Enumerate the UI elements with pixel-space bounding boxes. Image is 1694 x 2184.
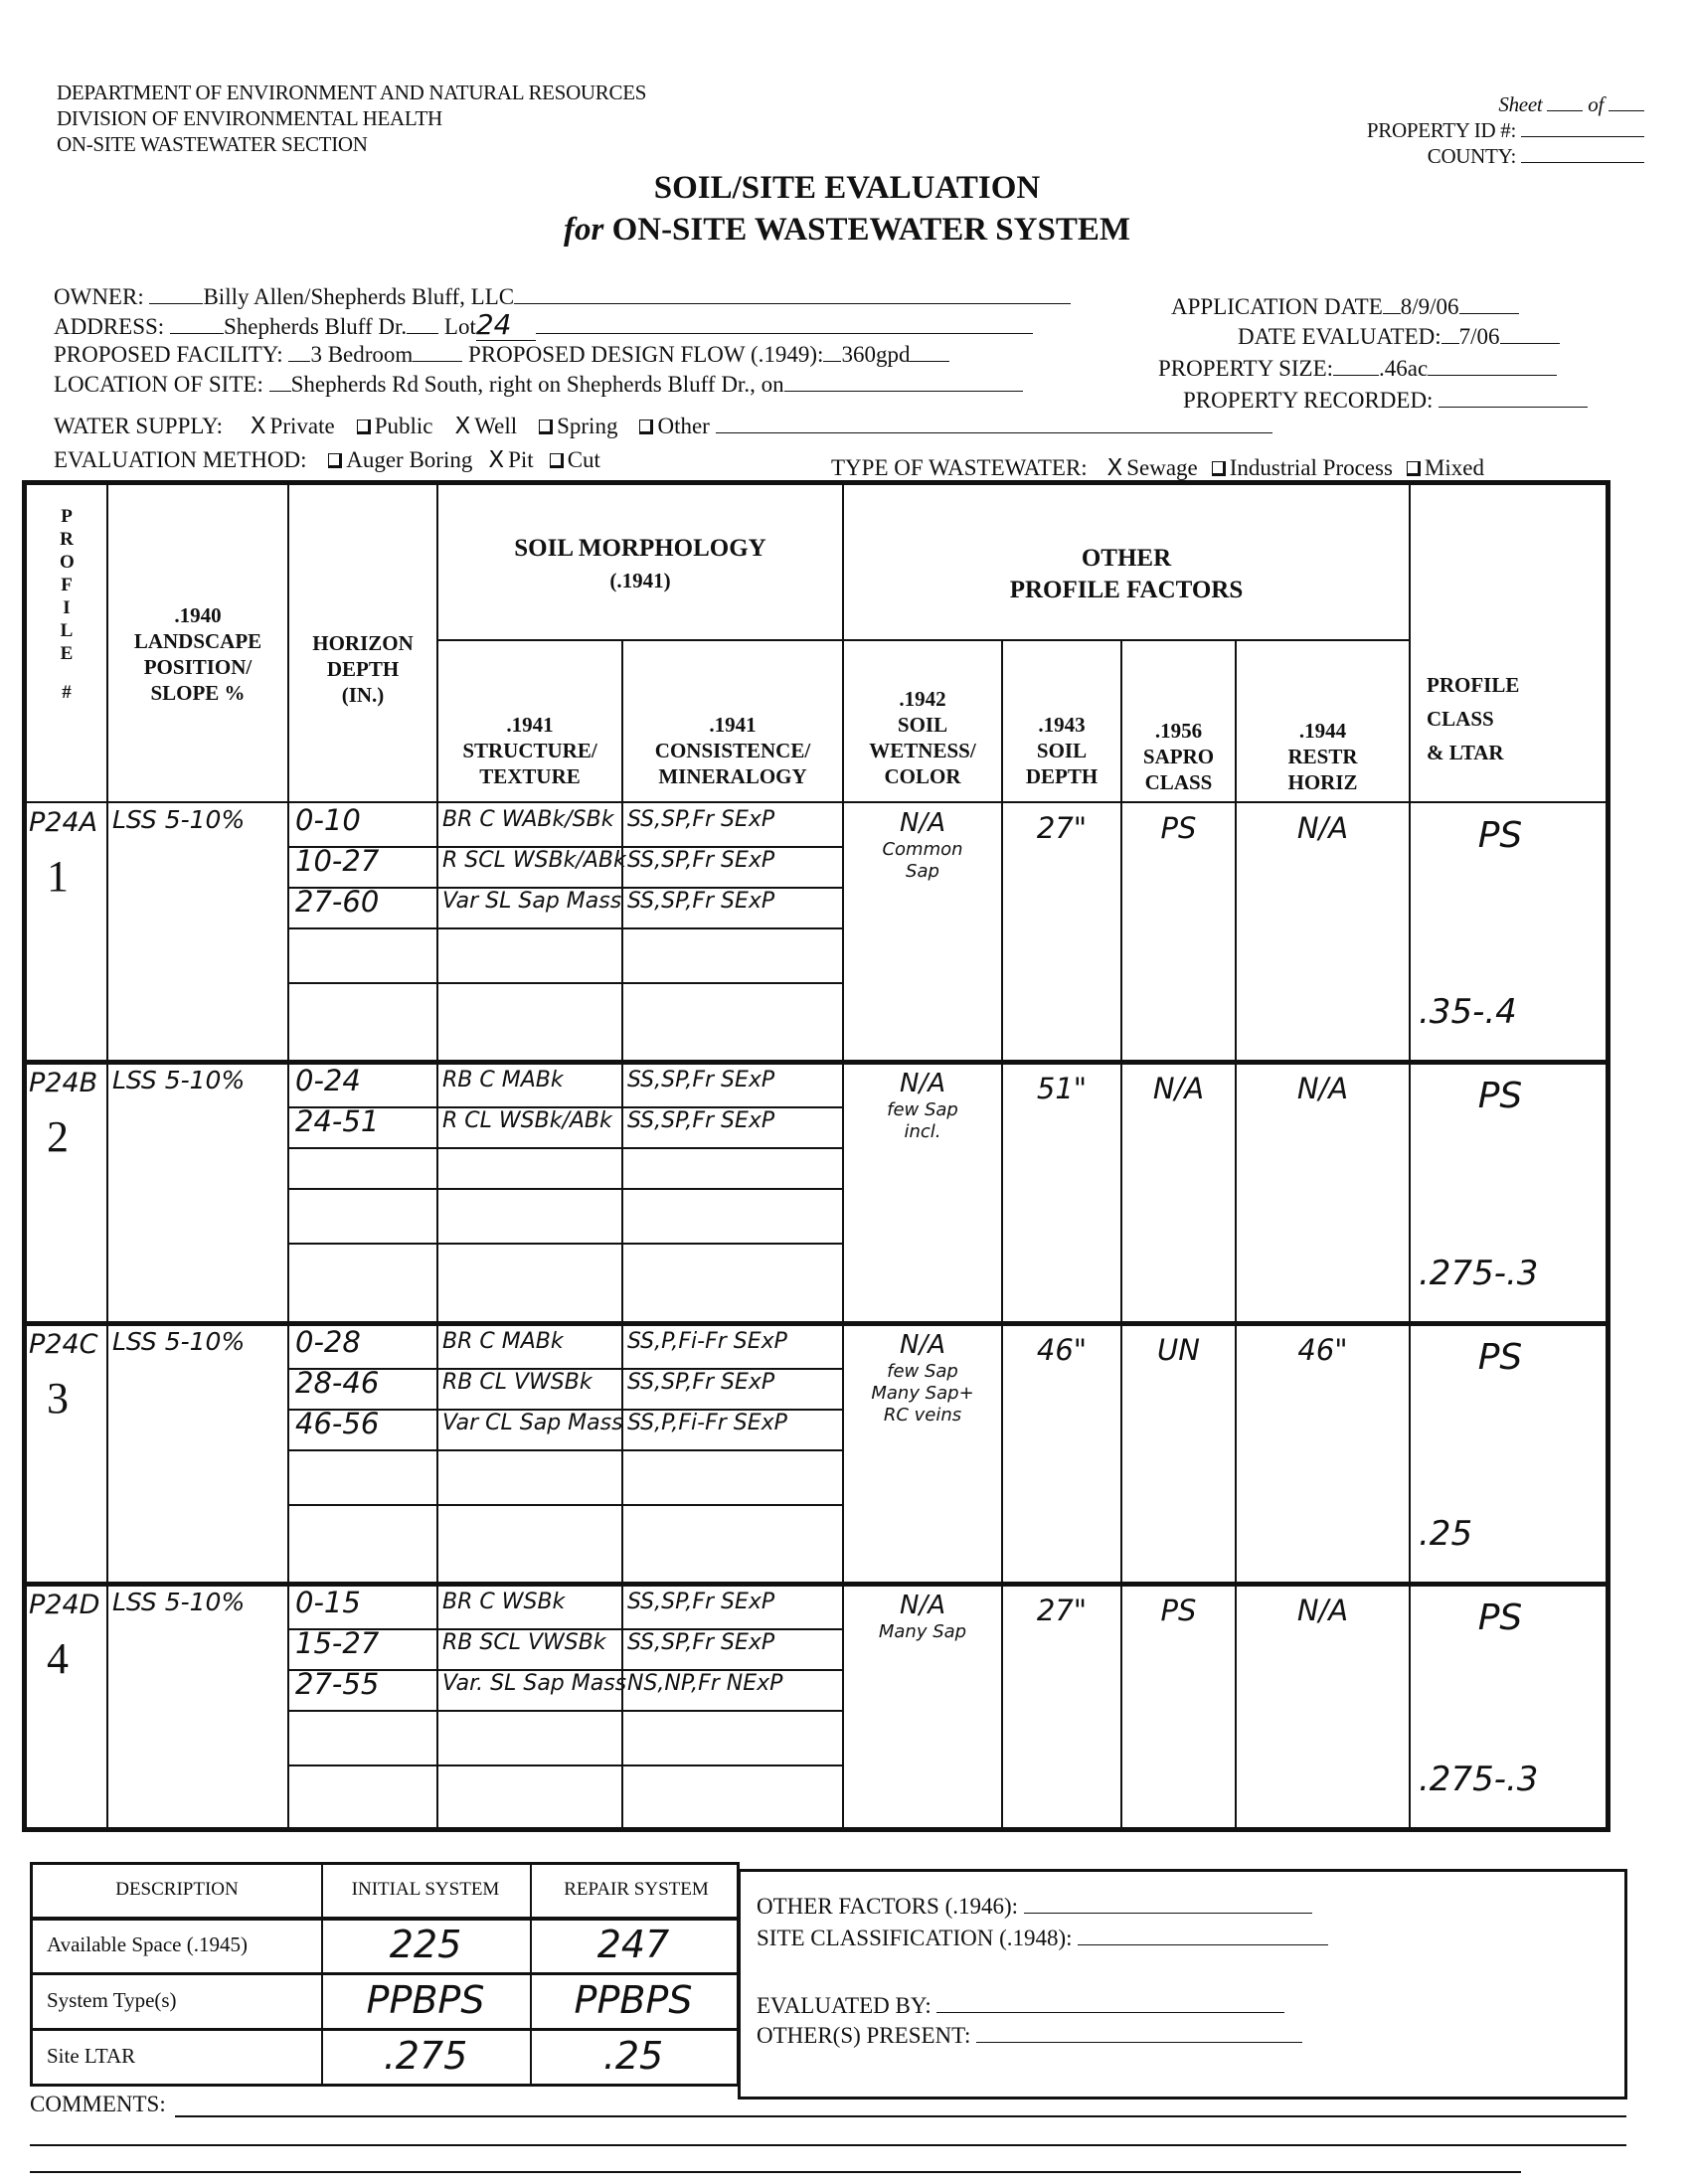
structure-texture: RB SCL VWSBk <box>442 1630 606 1655</box>
consistence-mineralogy: SS,SP,Fr SExP <box>627 1590 774 1614</box>
address-label: ADDRESS: <box>54 314 164 339</box>
summary-header: INITIAL SYSTEM <box>321 1879 530 1901</box>
profile-block: P24A1LSS 5-10%0-10BR C WABk/SBkSS,SP,Fr … <box>27 801 1606 1062</box>
checkbox-icon <box>550 453 564 468</box>
soil-wetness-color: N/Afew Sapincl. <box>844 1068 1001 1143</box>
evaluated-by-field[interactable] <box>936 2012 1284 2013</box>
summary-repair-value: .25 <box>530 2034 737 2078</box>
consistence-mineralogy: SS,SP,Fr SExP <box>627 848 774 873</box>
profile-tag: P24C <box>29 1329 98 1360</box>
header-profile: P R O F I L E # <box>37 505 96 704</box>
horizon-depth: 28-46 <box>295 1366 379 1400</box>
design-flow-label: PROPOSED DESIGN FLOW (.1949): <box>468 342 823 367</box>
soil-depth: 27" <box>1003 1594 1120 1627</box>
title-line-1: SOIL/SITE EVALUATION <box>0 167 1694 209</box>
header-wetness: .1942SOILWETNESS/COLOR <box>844 686 1001 789</box>
header-other-factors: OTHERPROFILE FACTORS <box>844 543 1409 606</box>
soil-depth: 46" <box>1003 1333 1120 1367</box>
property-recorded-label: PROPERTY RECORDED: <box>1183 388 1433 413</box>
option-label: Private <box>270 414 335 438</box>
horizon-depth: 27-55 <box>295 1667 379 1701</box>
structure-texture: R CL WSBk/ABk <box>442 1108 612 1133</box>
profile-ltar: .275-.3 <box>1419 1254 1538 1293</box>
summary-header: DESCRIPTION <box>33 1879 321 1901</box>
site-classification-field[interactable] <box>1078 1944 1328 1945</box>
wastewater-label: TYPE OF WASTEWATER: <box>831 455 1088 480</box>
property-id-label: PROPERTY ID #: <box>1367 118 1516 142</box>
checkbox-icon <box>328 453 342 468</box>
option-label: Auger Boring <box>346 447 472 472</box>
summary-initial-value: 225 <box>321 1923 530 1966</box>
county-label: COUNTY: <box>1428 144 1516 168</box>
agency-block: DEPARTMENT OF ENVIRONMENT AND NATURAL RE… <box>57 80 646 157</box>
landscape-position: LSS 5-10% <box>112 1066 245 1094</box>
owner-row: OWNER: Billy Allen/Shepherds Bluff, LLC <box>54 282 1071 312</box>
comments-label: COMMENTS: <box>30 2092 166 2116</box>
wetness-line: incl. <box>844 1121 1001 1143</box>
agency-line-1: DEPARTMENT OF ENVIRONMENT AND NATURAL RE… <box>57 80 646 105</box>
other-factors-box: OTHER FACTORS (.1946): SITE CLASSIFICATI… <box>738 1869 1627 2100</box>
header-profile-text: P R O F I L E <box>60 505 74 665</box>
profile-number: 1 <box>47 851 69 902</box>
checkbox-icon <box>357 420 371 434</box>
sheet-label: Sheet <box>1498 92 1542 116</box>
structure-texture: R SCL WSBk/ABk <box>442 848 626 873</box>
agency-line-2: DIVISION OF ENVIRONMENTAL HEALTH <box>57 105 646 131</box>
structure-texture: Var SL Sap Mass <box>442 889 621 914</box>
site-classification-label: SITE CLASSIFICATION (.1948): <box>757 1926 1073 1950</box>
x-check-icon: X <box>454 414 470 439</box>
application-date-label: APPLICATION DATE <box>1171 294 1383 319</box>
comments-line-2[interactable] <box>30 2144 1626 2146</box>
property-size-row: PROPERTY SIZE:.46ac <box>1158 354 1557 384</box>
horizon-depth: 0-28 <box>295 1325 361 1359</box>
header-restr: .1944RESTRHORIZ <box>1237 718 1409 795</box>
summary-initial-value: PPBPS <box>321 1978 530 2022</box>
others-present-label: OTHER(S) PRESENT: <box>757 2023 970 2048</box>
agency-line-3: ON-SITE WASTEWATER SECTION <box>57 131 646 157</box>
wetness-line: Common <box>844 839 1001 861</box>
summary-header: REPAIR SYSTEM <box>530 1879 743 1901</box>
structure-texture: Var CL Sap Mass <box>442 1411 623 1435</box>
consistence-mineralogy: SS,SP,Fr SExP <box>627 1068 774 1092</box>
option-label: Well <box>474 414 517 438</box>
consistence-mineralogy: SS,SP,Fr SExP <box>627 1370 774 1395</box>
structure-texture: RB C MABk <box>442 1068 564 1092</box>
wetness-line: N/A <box>844 1329 1001 1361</box>
horizon-depth: 15-27 <box>295 1626 379 1660</box>
soil-depth: 51" <box>1003 1072 1120 1105</box>
landscape-position: LSS 5-10% <box>112 1327 245 1356</box>
date-evaluated-value[interactable]: 7/06 <box>1459 324 1500 349</box>
application-date-value[interactable]: 8/9/06 <box>1401 294 1459 319</box>
address-row: ADDRESS: Shepherds Bluff Dr. Lot24 <box>54 310 1033 342</box>
wastewater-row: TYPE OF WASTEWATER: XSewageIndustrial Pr… <box>831 453 1484 483</box>
soil-wetness-color: N/ACommonSap <box>844 807 1001 883</box>
option-label: Public <box>375 414 433 438</box>
soil-profile-table: P R O F I L E # .1940LANDSCAPEPOSITION/S… <box>22 480 1610 1832</box>
wetness-line: Many Sap+ <box>844 1383 1001 1405</box>
consistence-mineralogy: SS,P,Fi-Fr SExP <box>627 1411 787 1435</box>
landscape-position: LSS 5-10% <box>112 1588 245 1616</box>
summary-row-label: Available Space (.1945) <box>47 1932 248 1957</box>
header-sapro: .1956SAPROCLASS <box>1122 718 1235 795</box>
location-row: LOCATION OF SITE: Shepherds Rd South, ri… <box>54 370 1023 400</box>
x-check-icon: X <box>488 447 504 473</box>
lot-value[interactable]: 24 <box>476 310 536 341</box>
of-label: of <box>1588 92 1604 116</box>
horizon-depth: 0-24 <box>295 1064 361 1097</box>
header-structure: .1941STRUCTURE/TEXTURE <box>438 712 621 789</box>
option-label: Industrial Process <box>1230 455 1393 480</box>
property-size-label: PROPERTY SIZE: <box>1158 356 1333 381</box>
structure-texture: BR C MABk <box>442 1329 564 1354</box>
wetness-line: few Sap <box>844 1361 1001 1383</box>
sapro-class: N/A <box>1122 1072 1235 1105</box>
option-label: Mixed <box>1425 455 1484 480</box>
profile-number: 4 <box>47 1633 69 1684</box>
wetness-line: Sap <box>844 861 1001 883</box>
x-check-icon: X <box>1106 455 1122 481</box>
others-present-field[interactable] <box>976 2042 1302 2043</box>
evaluation-method-options-option[interactable]: Cut <box>550 447 600 472</box>
option-label: Spring <box>557 414 617 438</box>
evaluation-method-options-option[interactable]: Auger Boring <box>328 447 472 472</box>
soil-wetness-color: N/AMany Sap <box>844 1590 1001 1643</box>
consistence-mineralogy: SS,SP,Fr SExP <box>627 1630 774 1655</box>
comments-row: COMMENTS: <box>30 2090 166 2119</box>
location-label: LOCATION OF SITE: <box>54 372 263 397</box>
water-supply-label: WATER SUPPLY: <box>54 414 223 438</box>
option-label: Pit <box>508 447 534 472</box>
water-supply-options-option[interactable]: XPrivate <box>251 414 335 438</box>
water-supply-options-option[interactable]: Other <box>639 414 709 438</box>
address-value[interactable]: Shepherds Bluff Dr. <box>224 314 407 339</box>
evaluation-method-options-option[interactable]: XPit <box>488 447 533 472</box>
structure-texture: RB CL VWSBk <box>442 1370 593 1395</box>
profile-block: P24C3LSS 5-10%0-28BR C MABkSS,P,Fi-Fr SE… <box>27 1323 1606 1584</box>
other-factors-label: OTHER FACTORS (.1946): <box>757 1894 1018 1919</box>
option-label: Sewage <box>1126 455 1198 480</box>
title-for: for <box>564 212 603 248</box>
profile-ltar: .25 <box>1419 1514 1472 1554</box>
structure-texture: BR C WABk/SBk <box>442 807 613 832</box>
restrictive-horizon: N/A <box>1237 1072 1409 1105</box>
restrictive-horizon: 46" <box>1237 1333 1409 1367</box>
horizon-depth: 24-51 <box>295 1104 379 1138</box>
sapro-class: UN <box>1122 1333 1235 1367</box>
property-size-value[interactable]: .46ac <box>1379 356 1428 381</box>
evaluated-by-label: EVALUATED BY: <box>757 1993 932 2018</box>
date-evaluated-row: DATE EVALUATED:7/06 <box>1238 322 1560 352</box>
evaluation-method-row: EVALUATION METHOD: Auger BoringXPitCut <box>54 445 600 475</box>
date-evaluated-label: DATE EVALUATED: <box>1238 324 1441 349</box>
property-recorded-field[interactable] <box>1439 407 1588 408</box>
evaluation-method-label: EVALUATION METHOD: <box>54 447 306 472</box>
option-label: Other <box>657 414 709 438</box>
restrictive-horizon: N/A <box>1237 811 1409 845</box>
header-soil-depth: .1943SOILDEPTH <box>1003 712 1120 789</box>
consistence-mineralogy: SS,SP,Fr SExP <box>627 1108 774 1133</box>
summary-initial-value: .275 <box>321 2034 530 2078</box>
profile-ltar: .35-.4 <box>1419 992 1517 1032</box>
comments-line-3[interactable] <box>30 2171 1521 2173</box>
landscape-position: LSS 5-10% <box>112 805 245 834</box>
header-horizon-depth: HORIZONDEPTH(IN.) <box>289 630 436 708</box>
property-id-field[interactable] <box>1521 136 1644 137</box>
title-line-2: ON-SITE WASTEWATER SYSTEM <box>612 212 1130 248</box>
consistence-mineralogy: SS,SP,Fr SExP <box>627 889 774 914</box>
checkbox-icon <box>1212 461 1226 476</box>
consistence-mineralogy: SS,P,Fi-Fr SExP <box>627 1329 787 1354</box>
profile-ltar: .275-.3 <box>1419 1760 1538 1799</box>
owner-value[interactable]: Billy Allen/Shepherds Bluff, LLC <box>203 284 514 309</box>
wetness-line: few Sap <box>844 1099 1001 1121</box>
sheet-block: Sheet of PROPERTY ID #: COUNTY: <box>1367 91 1644 169</box>
option-label: Cut <box>568 447 600 472</box>
sapro-class: PS <box>1122 811 1235 845</box>
horizon-depth: 0-15 <box>295 1586 361 1619</box>
owner-label: OWNER: <box>54 284 144 309</box>
profile-class: PS <box>1411 1337 1590 1378</box>
page-title: SOIL/SITE EVALUATION for ON-SITE WASTEWA… <box>0 167 1694 251</box>
profile-number: 3 <box>47 1373 69 1424</box>
lot-label: Lot <box>444 314 476 339</box>
sheet-count-field[interactable] <box>1609 110 1644 111</box>
checkbox-icon <box>1407 461 1421 476</box>
structure-texture: Var. SL Sap Mass <box>442 1671 626 1696</box>
application-date-row: APPLICATION DATE8/9/06 <box>1171 292 1519 322</box>
profile-tag: P24D <box>29 1590 99 1620</box>
facility-row: PROPOSED FACILITY: 3 Bedroom PROPOSED DE… <box>54 340 949 370</box>
restrictive-horizon: N/A <box>1237 1594 1409 1627</box>
wetness-line: N/A <box>844 1068 1001 1099</box>
comments-line-1[interactable] <box>175 2115 1626 2117</box>
wetness-line: N/A <box>844 1590 1001 1621</box>
structure-texture: BR C WSBk <box>442 1590 565 1614</box>
soil-wetness-color: N/Afew SapMany Sap+RC veins <box>844 1329 1001 1427</box>
horizon-depth: 27-60 <box>295 885 379 919</box>
header-landscape: .1940LANDSCAPEPOSITION/SLOPE % <box>108 602 287 706</box>
soil-depth: 27" <box>1003 811 1120 845</box>
water-supply-row: WATER SUPPLY: XPrivatePublicXWellSpringO… <box>54 412 1272 441</box>
water-supply-options-option[interactable]: XWell <box>454 414 517 438</box>
header-profile-hash: # <box>37 681 96 704</box>
wetness-line: Many Sap <box>844 1621 1001 1643</box>
water-supply-options-option[interactable]: Spring <box>539 414 617 438</box>
wastewater-options-option[interactable]: XSewage <box>1106 455 1197 480</box>
water-supply-options-option[interactable]: Public <box>357 414 433 438</box>
header-consistence: .1941CONSISTENCE/MINERALOGY <box>623 712 842 789</box>
county-field[interactable] <box>1521 162 1644 163</box>
header-soil-morphology: SOIL MORPHOLOGY(.1941) <box>438 533 842 596</box>
checkbox-icon <box>539 420 553 434</box>
profile-block: P24B2LSS 5-10%0-24RB C MABkSS,SP,Fr SExP… <box>27 1062 1606 1323</box>
summary-row-label: System Type(s) <box>47 1988 177 2013</box>
x-check-icon: X <box>251 414 266 439</box>
summary-repair-value: 247 <box>530 1923 737 1966</box>
horizon-depth: 0-10 <box>295 803 361 837</box>
checkbox-icon <box>639 420 653 434</box>
wetness-line: N/A <box>844 807 1001 839</box>
profile-block: P24D4LSS 5-10%0-15BR C WSBkSS,SP,Fr SExP… <box>27 1584 1606 1829</box>
profile-class: PS <box>1411 1076 1590 1116</box>
wetness-line: RC veins <box>844 1405 1001 1427</box>
wastewater-options-option[interactable]: Mixed <box>1407 455 1484 480</box>
consistence-mineralogy: NS,NP,Fr NExP <box>627 1671 782 1696</box>
sapro-class: PS <box>1122 1594 1235 1627</box>
profile-class: PS <box>1411 815 1590 856</box>
profile-class: PS <box>1411 1597 1590 1638</box>
wastewater-options-option[interactable]: Industrial Process <box>1212 455 1393 480</box>
horizon-depth: 46-56 <box>295 1407 379 1440</box>
other-factors-field[interactable] <box>1024 1913 1312 1914</box>
facility-value[interactable]: 3 Bedroom <box>310 342 413 367</box>
summary-repair-value: PPBPS <box>530 1978 737 2022</box>
facility-label: PROPOSED FACILITY: <box>54 342 283 367</box>
profile-number: 2 <box>47 1111 69 1162</box>
profile-tag: P24B <box>29 1068 97 1098</box>
summary-row-label: Site LTAR <box>47 2044 135 2069</box>
profile-tag: P24A <box>29 807 97 838</box>
design-flow-value[interactable]: 360gpd <box>841 342 910 367</box>
consistence-mineralogy: SS,SP,Fr SExP <box>627 807 774 832</box>
system-summary-table: DESCRIPTIONINITIAL SYSTEMREPAIR SYSTEMAv… <box>30 1862 740 2087</box>
header-profile-class: PROFILECLASS& LTAR <box>1427 668 1576 769</box>
horizon-depth: 10-27 <box>295 844 379 878</box>
location-value[interactable]: Shepherds Rd South, right on Shepherds B… <box>291 372 784 397</box>
